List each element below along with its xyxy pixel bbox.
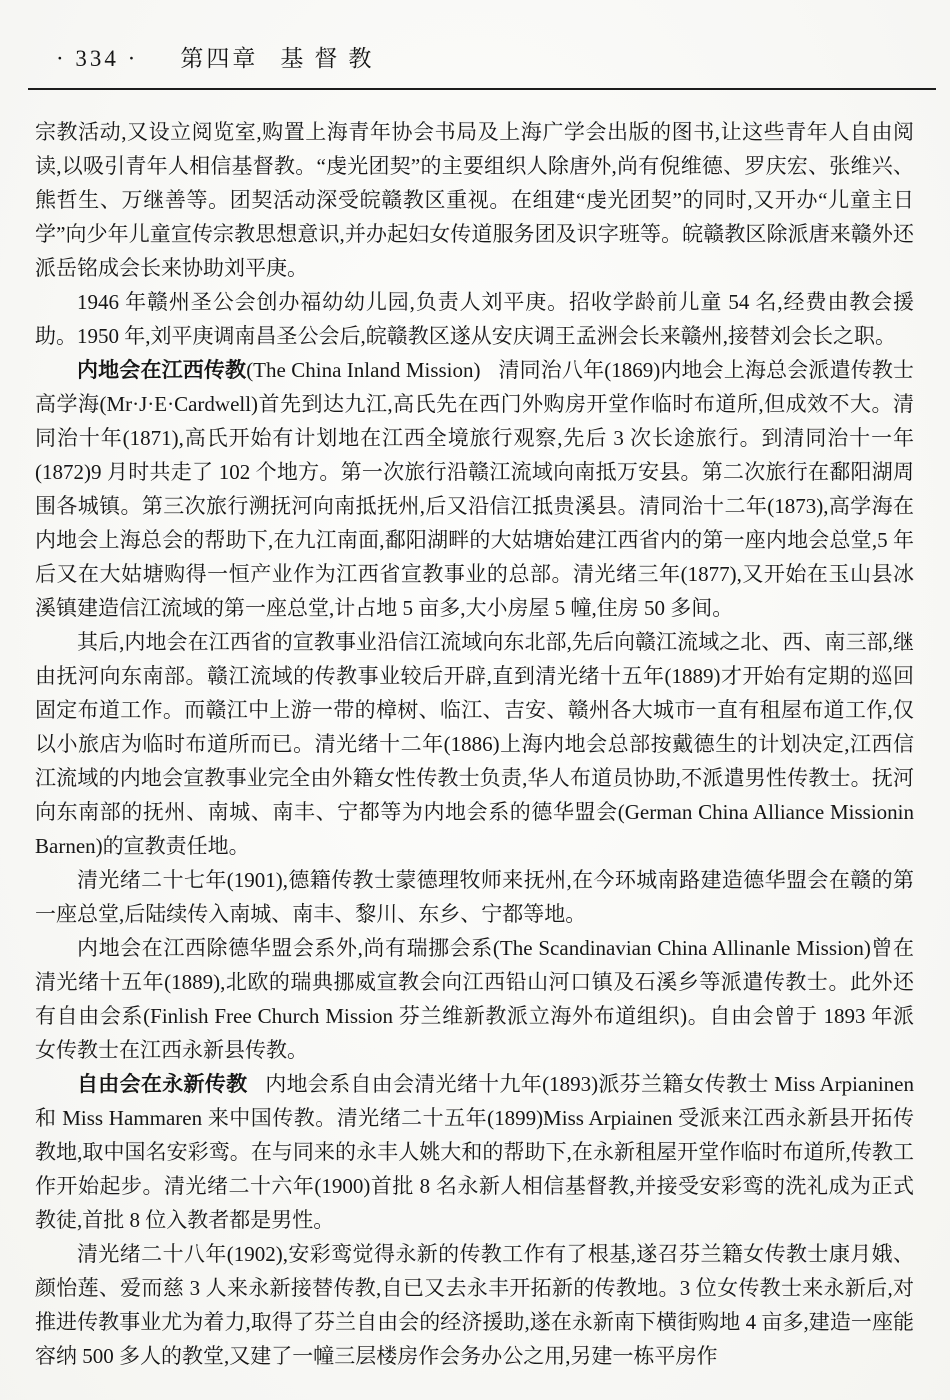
- section-lead: 自由会在永新传教: [77, 1072, 247, 1096]
- header-divider: [28, 88, 936, 90]
- paragraph-text: 清光绪二十七年(1901),德籍传教士蒙德理牧师来抚州,在今环城南路建造德华盟会…: [35, 868, 914, 926]
- paragraph-7: 自由会在永新传教内地会系自由会清光绪十九年(1893)派芬兰籍女传教士 Miss…: [35, 1067, 914, 1237]
- page-body: 宗教活动,又设立阅览室,购置上海青年协会书局及上海广学会出版的图书,让这些青年人…: [35, 115, 914, 1373]
- running-head: · 334 · 第四章 基督教: [56, 40, 910, 73]
- paragraph-3: 内地会在江西传教(The China Inland Mission)清同治八年(…: [35, 353, 914, 625]
- paragraph-text: 清光绪二十八年(1902),安彩鸾觉得永新的传教工作有了根基,遂召芬兰籍女传教士…: [35, 1242, 914, 1368]
- paragraph-text: 清同治八年(1869)内地会上海总会派遣传教士高学海(Mr·J·E·Cardwe…: [35, 358, 914, 620]
- book-page: · 334 · 第四章 基督教 宗教活动,又设立阅览室,购置上海青年协会书局及上…: [0, 0, 950, 1400]
- chapter-title: 基督教: [280, 40, 382, 73]
- paragraph-6: 内地会在江西除德华盟会系外,尚有瑞挪会系(The Scandinavian Ch…: [35, 931, 914, 1067]
- page-number: · 334 ·: [56, 46, 138, 72]
- paragraph-text: 内地会系自由会清光绪十九年(1893)派芬兰籍女传教士 Miss Arpiani…: [35, 1072, 914, 1232]
- paragraph-text: 内地会在江西除德华盟会系外,尚有瑞挪会系(The Scandinavian Ch…: [35, 936, 914, 1062]
- section-lead: 内地会在江西传教: [77, 358, 246, 382]
- paragraph-text: 宗教活动,又设立阅览室,购置上海青年协会书局及上海广学会出版的图书,让这些青年人…: [35, 120, 914, 280]
- paragraph-8: 清光绪二十八年(1902),安彩鸾觉得永新的传教工作有了根基,遂召芬兰籍女传教士…: [35, 1237, 914, 1373]
- paragraph-text: 1946 年赣州圣公会创办福幼幼儿园,负责人刘平庚。招收学龄前儿童 54 名,经…: [35, 290, 914, 348]
- chapter-label: 第四章: [180, 40, 258, 73]
- paragraph-1: 宗教活动,又设立阅览室,购置上海青年协会书局及上海广学会出版的图书,让这些青年人…: [35, 115, 914, 285]
- paragraph-5: 清光绪二十七年(1901),德籍传教士蒙德理牧师来抚州,在今环城南路建造德华盟会…: [35, 863, 914, 931]
- paragraph-text: 其后,内地会在江西省的宣教事业沿信江流域向东北部,先后向赣江流域之北、西、南三部…: [35, 630, 914, 858]
- paragraph-2: 1946 年赣州圣公会创办福幼幼儿园,负责人刘平庚。招收学龄前儿童 54 名,经…: [35, 285, 914, 353]
- section-lead-english: (The China Inland Mission): [246, 358, 480, 382]
- paragraph-4: 其后,内地会在江西省的宣教事业沿信江流域向东北部,先后向赣江流域之北、西、南三部…: [35, 625, 914, 863]
